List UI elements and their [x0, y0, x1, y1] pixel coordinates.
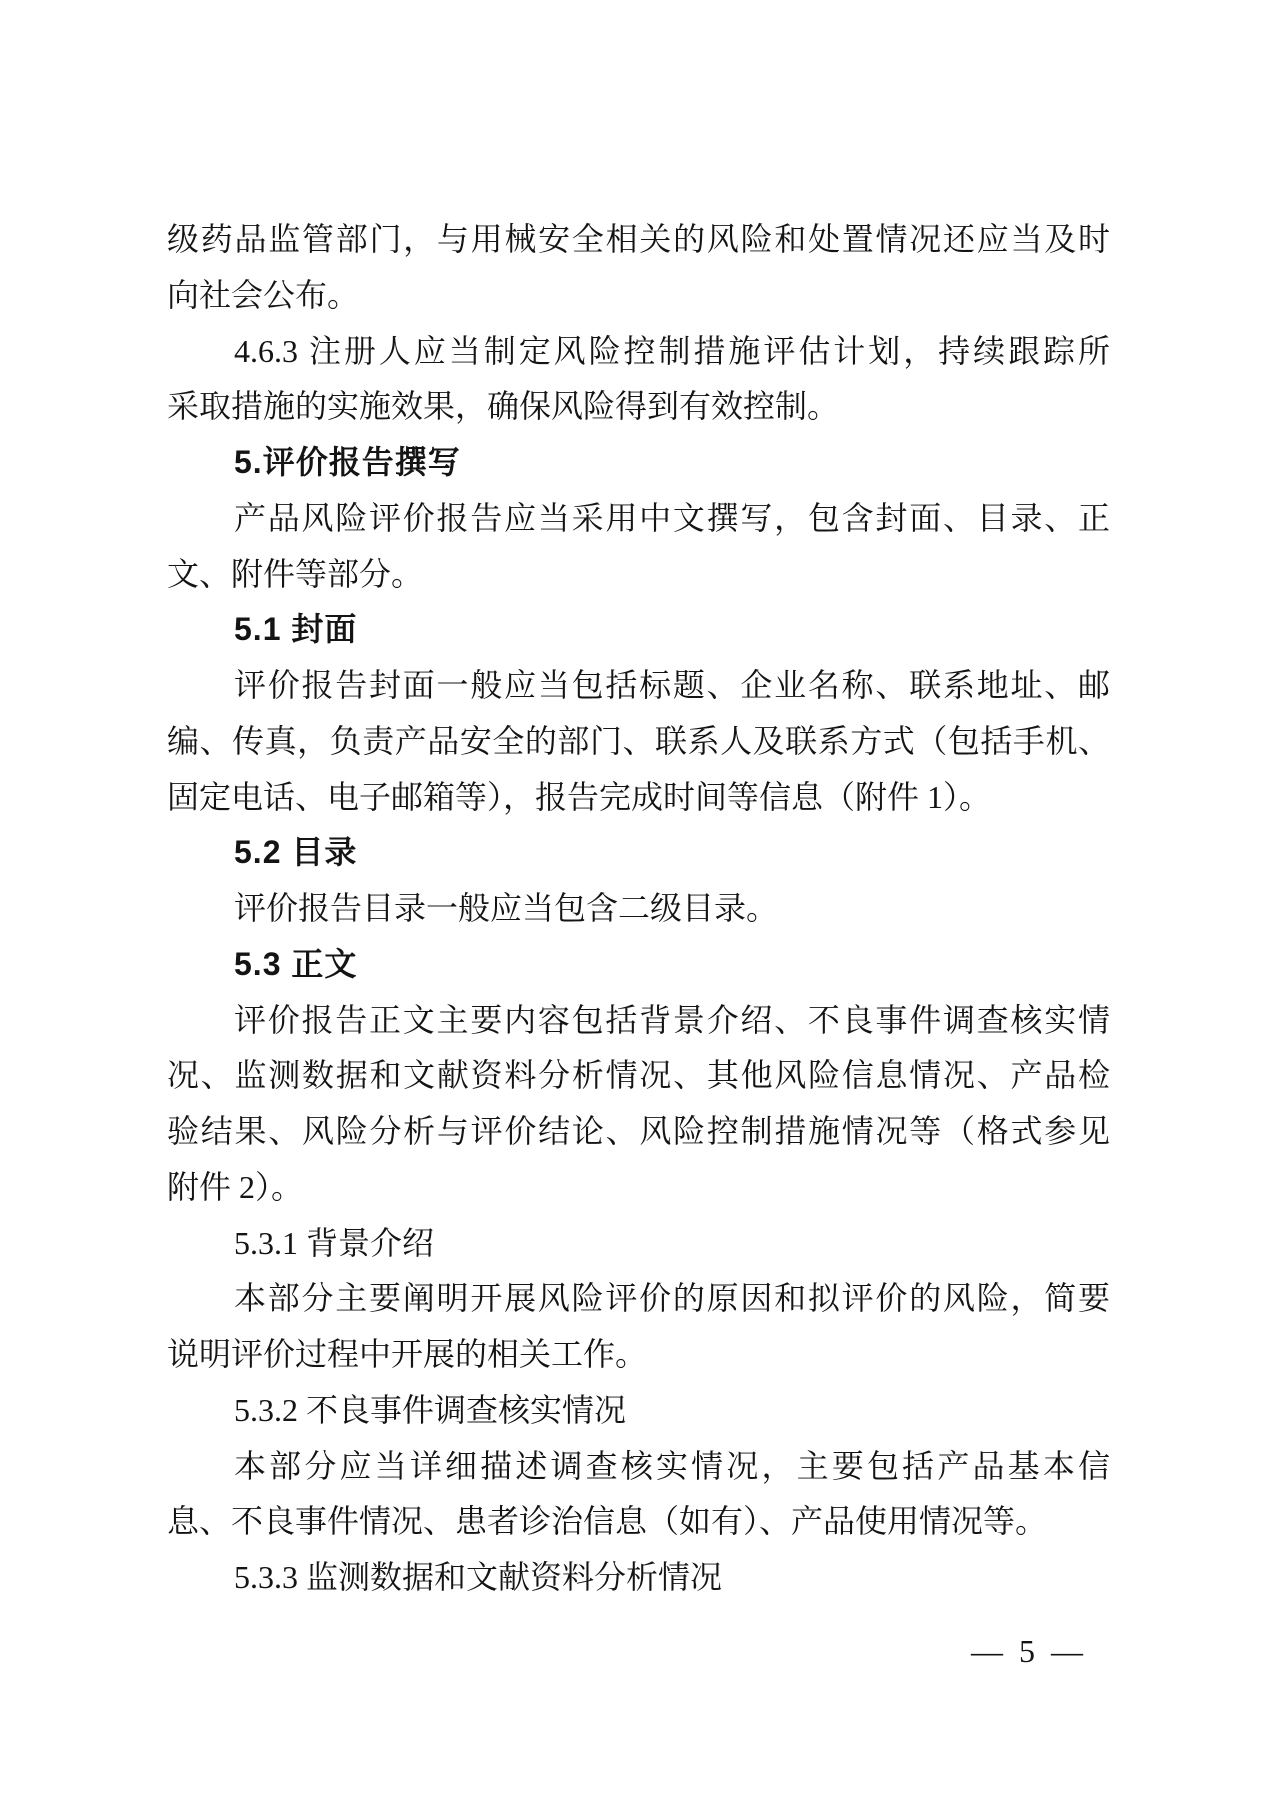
body-line: 本部分应当详细描述调查核实情况，主要包括产品基本信: [167, 1439, 1110, 1495]
body-line: 本部分主要阐明开展风险评价的原因和拟评价的风险，简要: [167, 1271, 1110, 1327]
heading-5: 5.评价报告撰写: [167, 435, 1110, 491]
text-content: 级药品监管部门，与用械安全相关的风险和处置情况还应当及时 向社会公布。 4.6.…: [167, 212, 1110, 1606]
body-line: 编、传真，负责产品安全的部门、联系人及联系方式（包括手机、: [167, 714, 1110, 770]
body-line: 况、监测数据和文献资料分析情况、其他风险信息情况、产品检: [167, 1048, 1110, 1104]
body-line: 评价报告正文主要内容包括背景介绍、不良事件调查核实情: [167, 993, 1110, 1049]
body-line: 采取措施的实施效果，确保风险得到有效控制。: [167, 379, 1110, 435]
body-line: 评价报告封面一般应当包括标题、企业名称、联系地址、邮: [167, 658, 1110, 714]
document-page: 级药品监管部门，与用械安全相关的风险和处置情况还应当及时 向社会公布。 4.6.…: [0, 0, 1280, 1810]
heading-5-1: 5.1 封面: [167, 602, 1110, 658]
body-line: 附件 2）。: [167, 1160, 1110, 1216]
body-line: 文、附件等部分。: [167, 547, 1110, 603]
body-line: 说明评价过程中开展的相关工作。: [167, 1327, 1110, 1383]
body-line: 息、不良事件情况、患者诊治信息（如有）、产品使用情况等。: [167, 1494, 1110, 1550]
subheading-5-3-3: 5.3.3 监测数据和文献资料分析情况: [167, 1550, 1110, 1606]
page-number: — 5 —: [971, 1633, 1087, 1669]
body-line: 级药品监管部门，与用械安全相关的风险和处置情况还应当及时: [167, 212, 1110, 268]
clause-4-6-3-line: 4.6.3 注册人应当制定风险控制措施评估计划，持续跟踪所: [167, 324, 1110, 380]
body-line: 固定电话、电子邮箱等），报告完成时间等信息（附件 1）。: [167, 770, 1110, 826]
heading-5-2: 5.2 目录: [167, 825, 1110, 881]
subheading-5-3-1: 5.3.1 背景介绍: [167, 1216, 1110, 1272]
heading-5-3: 5.3 正文: [167, 937, 1110, 993]
subheading-5-3-2: 5.3.2 不良事件调查核实情况: [167, 1383, 1110, 1439]
body-line: 产品风险评价报告应当采用中文撰写，包含封面、目录、正: [167, 491, 1110, 547]
body-line: 评价报告目录一般应当包含二级目录。: [167, 881, 1110, 937]
body-line: 验结果、风险分析与评价结论、风险控制措施情况等（格式参见: [167, 1104, 1110, 1160]
body-line: 向社会公布。: [167, 268, 1110, 324]
